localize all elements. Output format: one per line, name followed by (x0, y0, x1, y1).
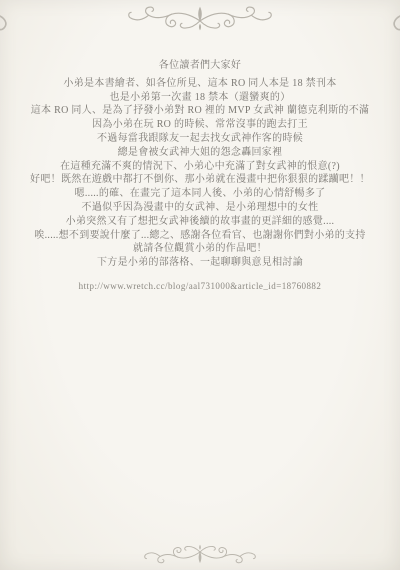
afterword-line-4: 因為小弟在玩 RO 的時候、常常沒事的跑去打王 (0, 118, 400, 132)
afterword-line-9: 嗯.....的確、在畫完了這本同人後、小弟的心情舒暢多了 (0, 187, 400, 201)
afterword-line-7: 在這種充滿不爽的情況下、小弟心中充滿了對女武神的恨意(?) (0, 160, 400, 174)
afterword-line-1: 小弟是本書繪者、如各位所見、這本 RO 同人本是 18 禁刊本 (0, 77, 400, 91)
afterword-line-14: 下方是小弟的部落格、一起聊聊與意見相討論 (0, 256, 400, 270)
afterword-line-8: 好吧！既然在遊戲中都打不倒你、那小弟就在漫畫中把你狠狠的蹂躪吧！！ (0, 173, 400, 187)
afterword-line-13: 就請各位觀賞小弟的作品吧！ (0, 242, 400, 256)
afterword-page: 各位讀者們大家好 小弟是本書繪者、如各位所見、這本 RO 同人本是 18 禁刊本… (0, 0, 400, 570)
bottom-flourish-ornament (141, 540, 259, 567)
afterword-line-2: 也是小弟第一次畫 18 禁本（還蠻爽的） (0, 91, 400, 105)
top-flourish-ornament (124, 1, 276, 37)
blog-url: http://www.wretch.cc/blog/aal731000&arti… (0, 280, 400, 294)
afterword-line-11: 小弟突然又有了想把女武神後續的故事畫的更詳細的感覺.... (0, 215, 400, 229)
afterword-text: 各位讀者們大家好 小弟是本書繪者、如各位所見、這本 RO 同人本是 18 禁刊本… (0, 59, 400, 294)
afterword-line-12: 唉.....想不到要說什麼了...總之、感謝各位看官、也謝謝你們對小弟的支持 (0, 229, 400, 243)
right-edge-ornament (388, 13, 400, 33)
afterword-line-5: 不過每當我跟隊友一起去找女武神作客的時候 (0, 132, 400, 146)
greeting-line: 各位讀者們大家好 (0, 59, 400, 73)
left-edge-ornament (0, 13, 12, 33)
afterword-line-6: 總是會被女武神大姐的怨念轟回家裡 (0, 146, 400, 160)
afterword-line-10: 不過似乎因為漫畫中的女武神、是小弟理想中的女性 (0, 201, 400, 215)
afterword-line-3: 這本 RO 同人、是為了抒發小弟對 RO 裡的 MVP 女武神 蘭德克利斯的不滿 (0, 104, 400, 118)
